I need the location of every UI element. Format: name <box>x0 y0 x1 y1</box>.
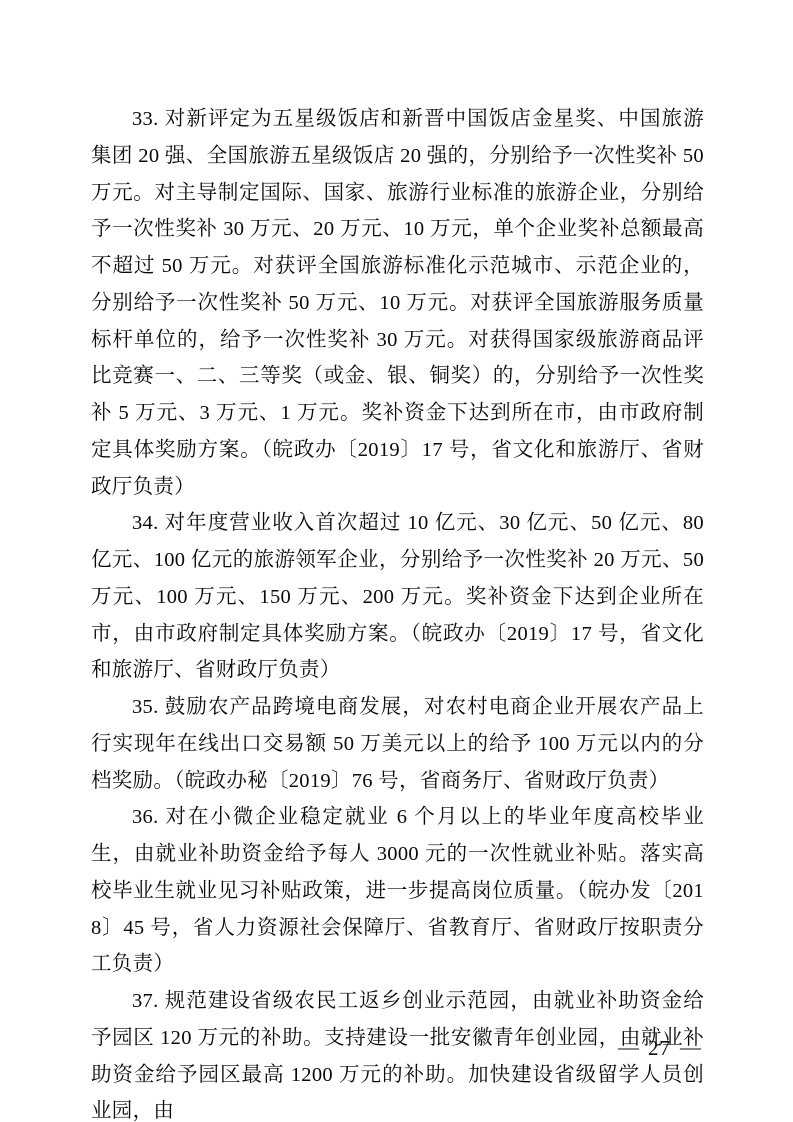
page-footer: — 27 — <box>618 1036 701 1060</box>
paragraph-item-33: 33. 对新评定为五星级饭店和新晋中国饭店金星奖、中国旅游集团 20 强、全国旅… <box>91 101 704 505</box>
page-number: 27 <box>648 1036 671 1060</box>
document-page: 33. 对新评定为五星级饭店和新晋中国饭店金星奖、中国旅游集团 20 强、全国旅… <box>0 0 793 1122</box>
footer-dash-right: — <box>680 1035 701 1059</box>
paragraph-item-34: 34. 对年度营业收入首次超过 10 亿元、30 亿元、50 亿元、80 亿元、… <box>91 505 704 689</box>
paragraph-item-36: 36. 对在小微企业稳定就业 6 个月以上的毕业年度高校毕业生，由就业补助资金给… <box>91 799 704 983</box>
footer-dash-left: — <box>618 1035 639 1059</box>
document-body: 33. 对新评定为五星级饭店和新晋中国饭店金星奖、中国旅游集团 20 强、全国旅… <box>91 101 704 1122</box>
paragraph-item-35: 35. 鼓励农产品跨境电商发展，对农村电商企业开展农产品上行实现年在线出口交易额… <box>91 689 704 799</box>
paragraph-item-37: 37. 规范建设省级农民工返乡创业示范园，由就业补助资金给予园区 120 万元的… <box>91 983 704 1122</box>
